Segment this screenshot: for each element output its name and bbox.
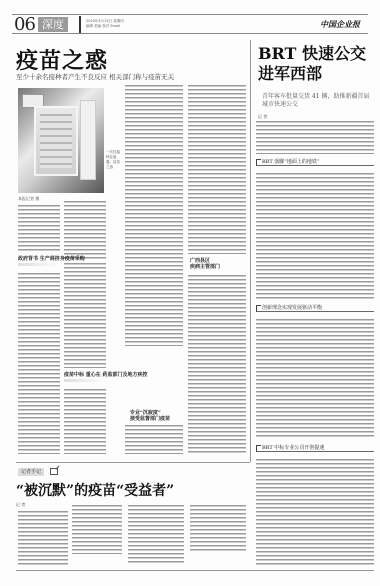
- section-subhead-2: 疫苗中标 重心在 药监部门及地方疾控: [64, 372, 147, 382]
- photo-box-lid: [80, 100, 96, 180]
- brt-section-head-1: BRT 落脚“地面上的地铁”: [256, 158, 374, 166]
- section-subhead-4: 广西县区 疾病主管部门: [190, 258, 220, 270]
- vaccine-article-title: 疫苗之惑: [16, 44, 108, 75]
- subhead-swoosh: [64, 379, 108, 382]
- brt-section-head-2: 创新理念实现发展驱动平衡: [256, 304, 374, 312]
- vaccine-body-col-4a: [188, 84, 246, 254]
- masthead: 06 深度 2010年4月15日 星期四 编辑 美编 校对 Email 中国企业…: [12, 14, 368, 34]
- brt-bottom-rule: [250, 570, 374, 571]
- brt-body-section-3: [256, 458, 374, 566]
- subhead-swoosh: [18, 263, 62, 266]
- vaccine-body-col-1a: [18, 204, 60, 252]
- vaccine-body-col-3b: [125, 424, 183, 454]
- brt-body-intro: [256, 120, 374, 154]
- reporter-note-byline: 记 者: [16, 502, 25, 508]
- section-label: 深度: [38, 17, 68, 32]
- newspaper-page: 06 深度 2010年4月15日 星期四 编辑 美编 校对 Email 中国企业…: [0, 0, 380, 586]
- vaccine-article-subtitle: 至少十余名接种者产生不良反应 相关部门称与疫苗无关: [16, 72, 174, 81]
- section-divider: [79, 16, 81, 33]
- page-number: 06: [14, 15, 35, 35]
- vaccine-body-col-1b: [64, 200, 106, 260]
- photo-caption: 一次性接种注射器，疫苗之惑: [106, 150, 122, 170]
- brt-body-section-2: [256, 318, 374, 438]
- note-bottom-rule: [16, 570, 250, 571]
- photo-vaccine-box: [34, 106, 78, 176]
- reporter-note-title: “被沉默”的疫苗“受益者”: [16, 480, 174, 500]
- vaccine-body-col-2b: [64, 388, 106, 454]
- vaccine-body-col-4b: [188, 274, 246, 454]
- brt-section-head-3: BRT 中标专业公司开创提速: [256, 444, 374, 452]
- section-subhead-3: 专业“沉寂度” 接受监督部门疫苗: [130, 410, 170, 422]
- pencil-note-icon: [50, 468, 58, 475]
- note-body-col-4: [190, 504, 246, 552]
- photo-credit: 本报记者 摄: [18, 196, 39, 202]
- brt-article-title: BRT 快速公交 进军西部: [258, 44, 373, 84]
- masthead-meta: 2010年4月15日 星期四 编辑 美编 校对 Email: [86, 19, 124, 29]
- note-top-rule: [16, 462, 250, 463]
- reporter-note-tag: 记者手记: [18, 468, 44, 476]
- note-body-col-3: [128, 504, 184, 564]
- vaccine-body-col-2: [64, 262, 106, 368]
- vaccine-photo: [18, 88, 104, 193]
- masthead-editors: 编辑 美编 校对 Email: [86, 24, 124, 29]
- note-body-col-1: [18, 510, 68, 566]
- vaccine-body-col-1: [18, 272, 60, 454]
- brt-body-section-1: [256, 172, 374, 300]
- vaccine-body-col-3a: [125, 84, 183, 346]
- brt-article-subtitle: 青年客车批量交货 41 辆，助推新疆首届城市快速公交: [262, 93, 372, 109]
- note-body-col-2: [72, 504, 122, 554]
- paper-name-logo: 中国企业报: [320, 19, 360, 30]
- column-divider: [250, 40, 251, 462]
